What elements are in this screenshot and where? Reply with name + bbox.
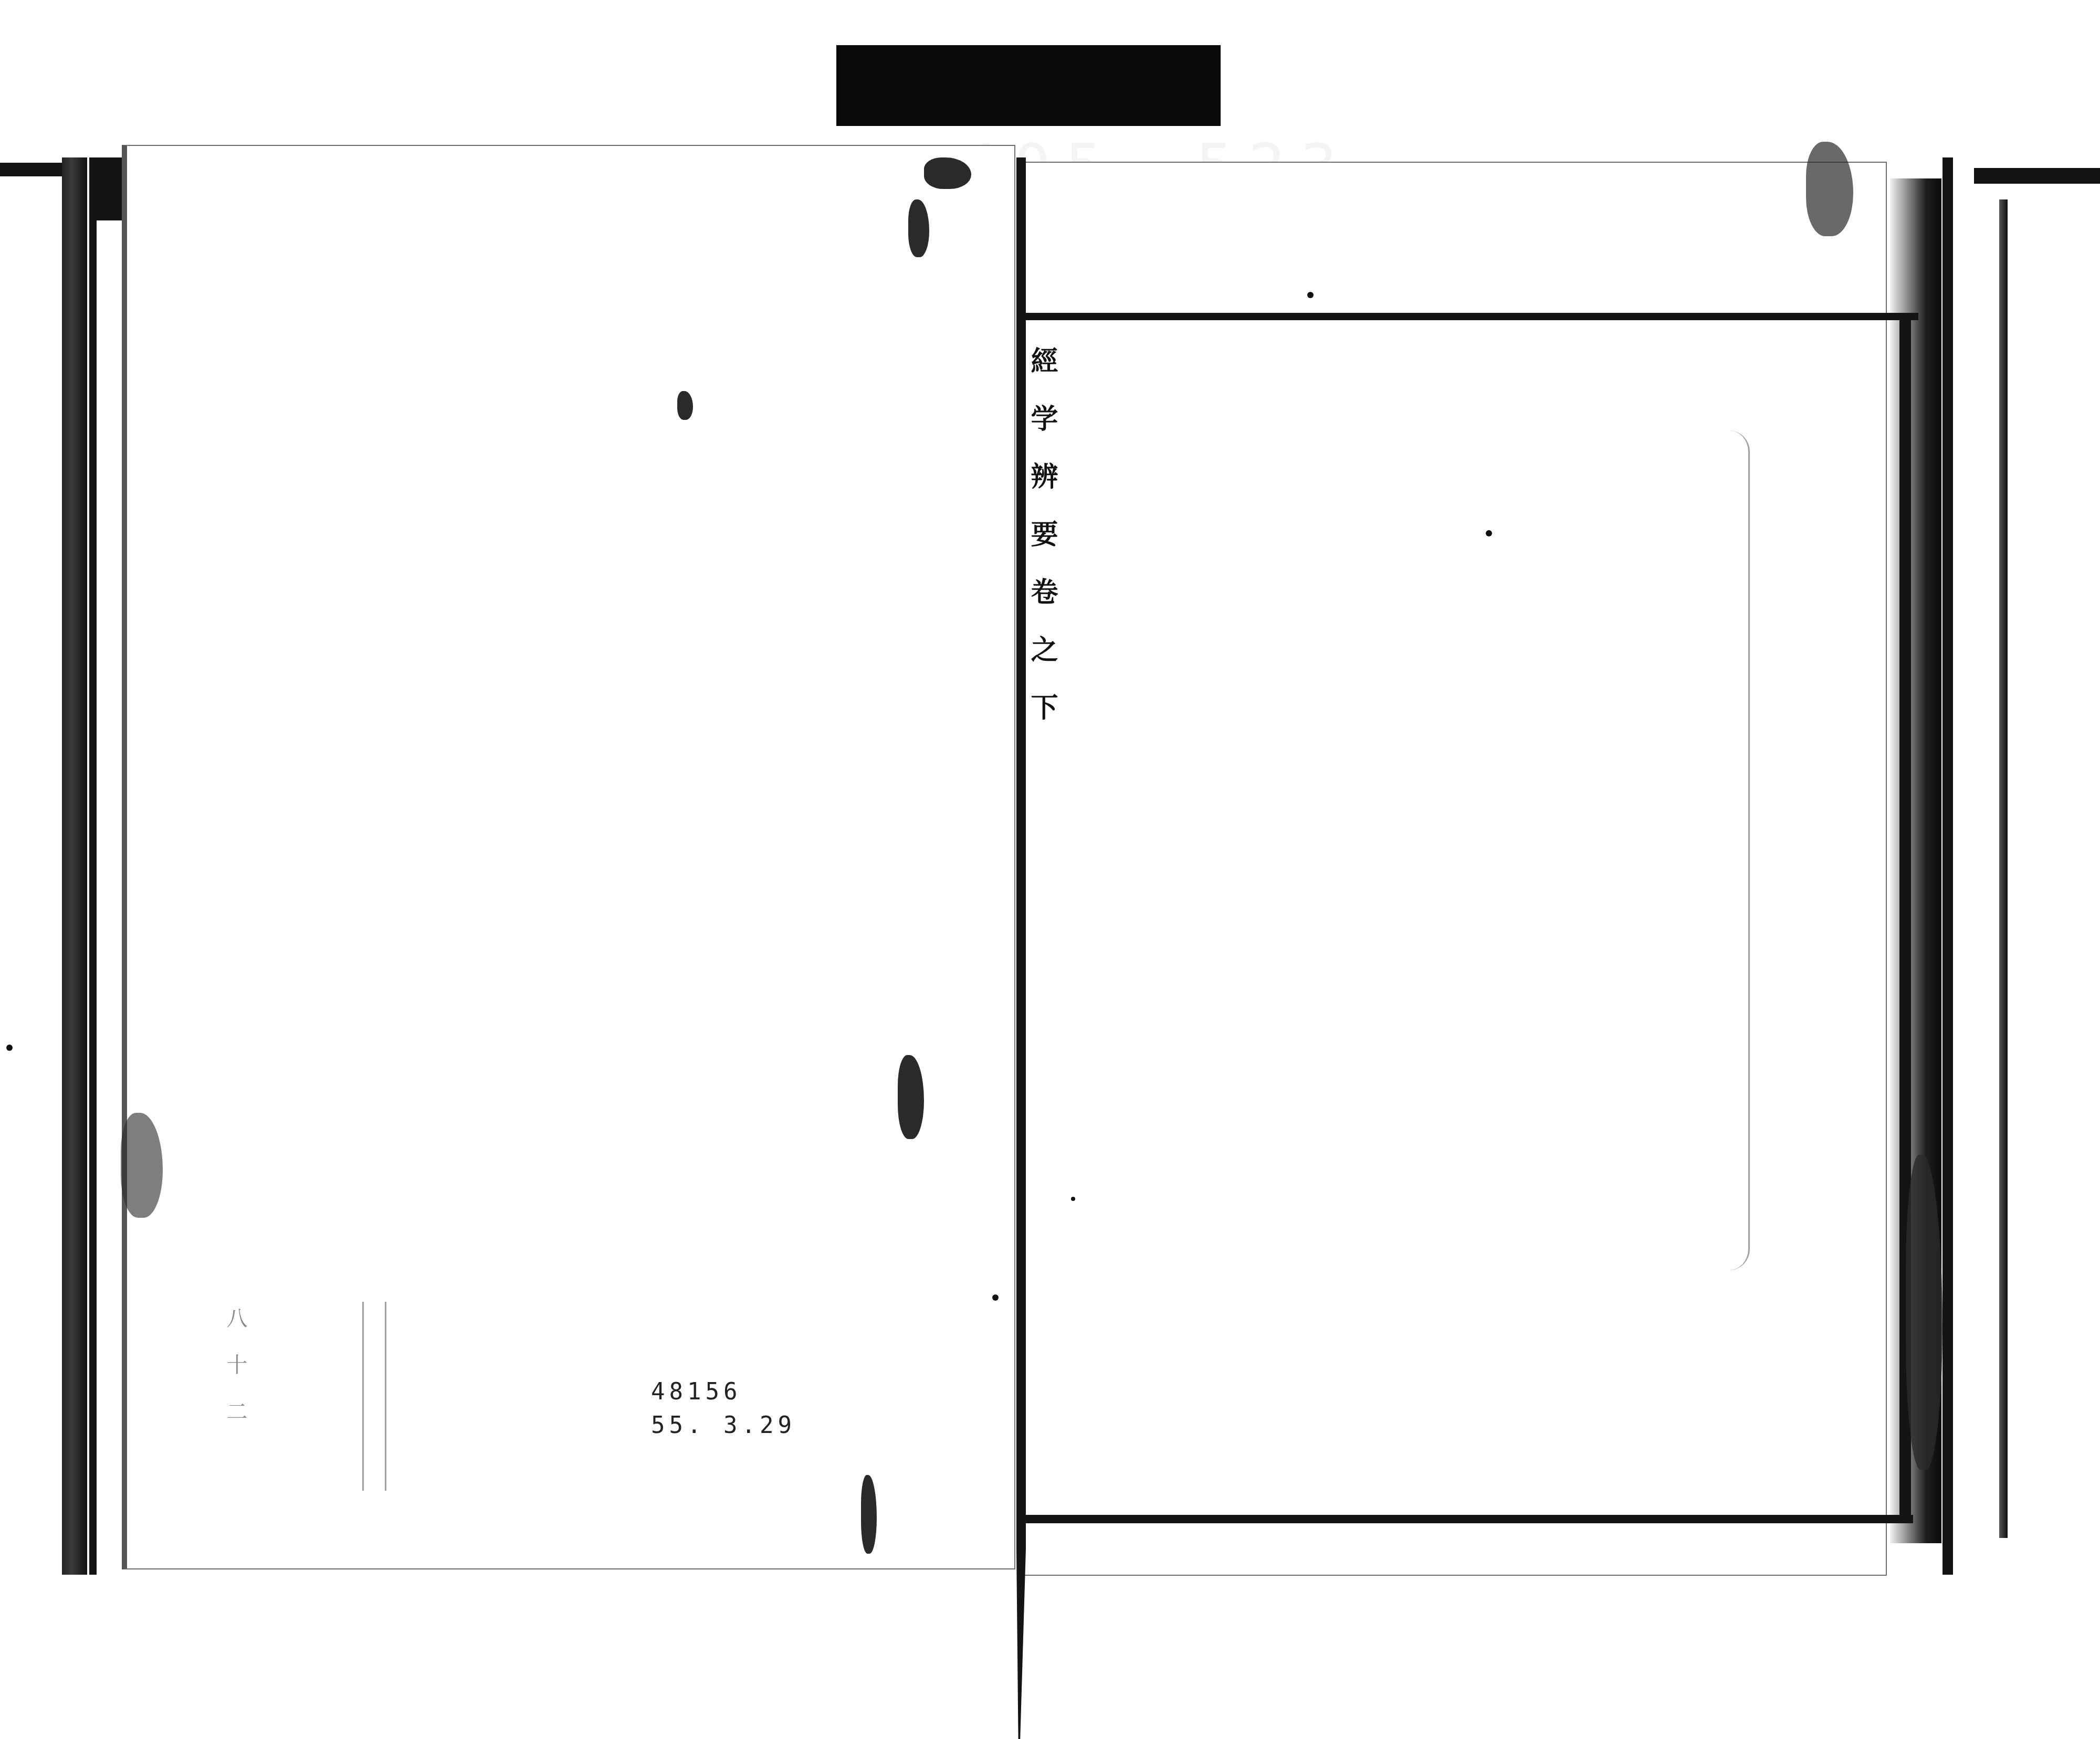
print-frame-bottom-rule bbox=[1026, 1515, 1913, 1523]
right-cover-edge bbox=[1942, 157, 1953, 1575]
speck bbox=[1071, 1197, 1075, 1201]
accession-stamp: 48156 55. 3.29 bbox=[651, 1375, 796, 1442]
left-cover-spine bbox=[62, 157, 87, 1575]
speck bbox=[6, 1045, 13, 1051]
right-cover-spine bbox=[1999, 199, 2008, 1538]
worm-trail bbox=[362, 1302, 386, 1491]
left-page bbox=[122, 145, 1015, 1569]
right-binding-edge bbox=[1974, 168, 2100, 184]
speck bbox=[1486, 530, 1492, 536]
vertical-title: 經 学 辨 要 卷 之 下 bbox=[1030, 346, 1062, 919]
right-page bbox=[1024, 162, 1887, 1576]
faint-crease bbox=[1706, 430, 1750, 1270]
microfilm-frame-label: 405523. bbox=[836, 45, 1221, 126]
accession-date: 55. 3.29 bbox=[651, 1409, 796, 1442]
leaf-marks: 八 十 二 bbox=[220, 1307, 250, 1430]
left-cover-edge bbox=[89, 157, 97, 1575]
print-frame-top-rule bbox=[1026, 313, 1918, 320]
stain-top-right bbox=[1806, 142, 1853, 236]
left-cover-corner bbox=[97, 157, 122, 220]
speck bbox=[992, 1294, 999, 1301]
speck bbox=[1307, 292, 1314, 298]
accession-number: 48156 bbox=[651, 1375, 796, 1409]
